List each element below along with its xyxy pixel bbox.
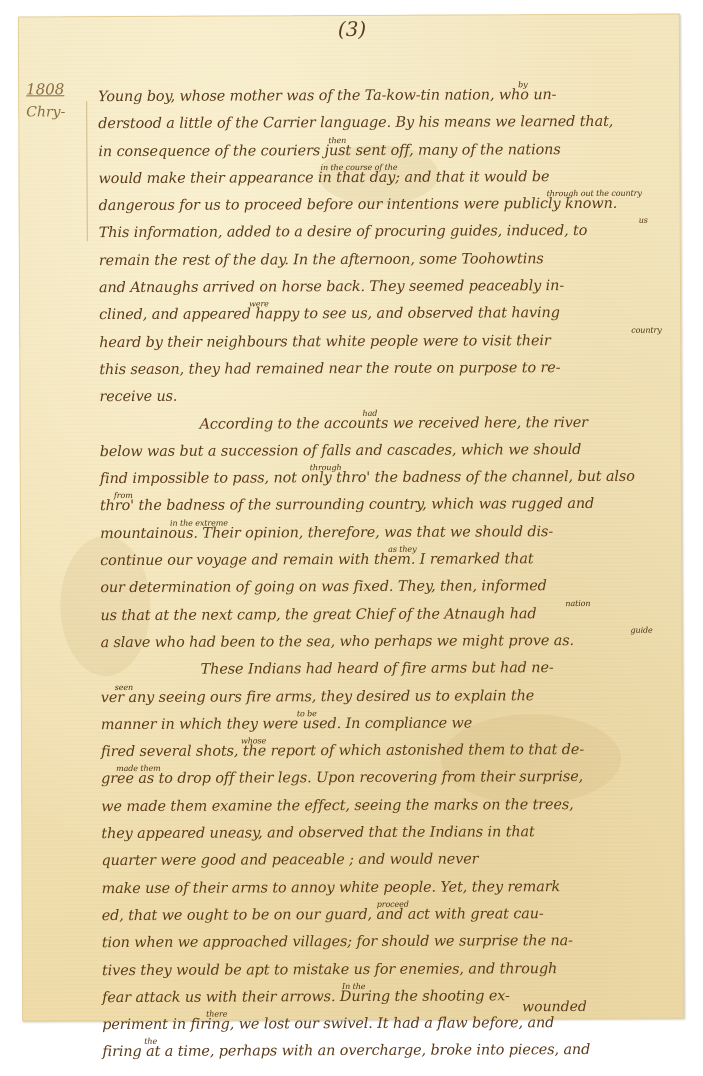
text-line: gree as to drop off their legs. Upon rec… bbox=[101, 764, 681, 794]
interlinear-insertion: had bbox=[363, 409, 378, 417]
text-line: this season, they had remained near the … bbox=[99, 355, 679, 385]
text-line: receive us. bbox=[99, 382, 679, 412]
interlinear-insertion: whose bbox=[241, 737, 266, 745]
catchword: wounded bbox=[522, 999, 587, 1015]
text-line: heard by their neighbours that white peo… bbox=[99, 327, 679, 357]
text-line: our determination of going on was fixed.… bbox=[100, 573, 680, 603]
text-line: manner in which they were used. In compl… bbox=[101, 709, 681, 739]
text-line: clined, and appeared happy to see us, an… bbox=[99, 300, 679, 330]
interlinear-insertion: through bbox=[310, 464, 342, 472]
text-line: and Atnaughs arrived on horse back. They… bbox=[99, 273, 679, 303]
interlinear-insertion: through out the country bbox=[547, 190, 642, 198]
text-line: tion when we approached villages; for sh… bbox=[102, 928, 682, 958]
interlinear-insertion: nation bbox=[565, 600, 590, 608]
paragraph-start-line: These Indians had heard of fire arms but… bbox=[101, 655, 681, 685]
text-line: they appeared uneasy, and observed that … bbox=[101, 819, 681, 849]
text-line: continue our voyage and remain with them… bbox=[100, 546, 680, 576]
text-line: firing at a time, perhaps with an overch… bbox=[102, 1037, 682, 1067]
text-line: quarter were good and peaceable ; and wo… bbox=[101, 846, 681, 876]
text-line: ver any seeing ours fire arms, they desi… bbox=[101, 682, 681, 712]
text-line: fired several shots, the report of which… bbox=[101, 737, 681, 767]
interlinear-insertion: to be bbox=[297, 710, 317, 718]
text-line: in consequence of the couriers just sent… bbox=[98, 136, 678, 166]
interlinear-insertion: the bbox=[144, 1038, 157, 1046]
text-line: remain the rest of the day. In the after… bbox=[99, 245, 679, 275]
interlinear-insertion: us bbox=[639, 217, 648, 225]
text-line: we made them examine the effect, seeing … bbox=[101, 791, 681, 821]
interlinear-insertion: made them bbox=[116, 765, 161, 773]
text-line: make use of their arms to annoy white pe… bbox=[102, 873, 682, 903]
text-line: below was but a succession of falls and … bbox=[100, 436, 680, 466]
text-line: Young boy, whose mother was of the Ta-ko… bbox=[98, 82, 678, 112]
interlinear-insertion: were bbox=[249, 301, 269, 309]
text-line: thro' the badness of the surrounding cou… bbox=[100, 491, 680, 521]
text-line: a slave who had been to the sea, who per… bbox=[100, 628, 680, 658]
text-line: us that at the next camp, the great Chie… bbox=[100, 600, 680, 630]
interlinear-insertion: guide bbox=[630, 627, 652, 635]
interlinear-insertion: country bbox=[631, 326, 662, 334]
text-line: dangerous for us to proceed before our i… bbox=[99, 191, 679, 221]
text-line: periment in firing, we lost our swivel. … bbox=[102, 1010, 682, 1040]
interlinear-insertion: In the bbox=[342, 983, 365, 991]
interlinear-insertion: as they bbox=[388, 546, 416, 554]
text-line: ed, that we ought to be on our guard, an… bbox=[102, 900, 682, 930]
interlinear-insertion: there bbox=[206, 1011, 227, 1019]
interlinear-insertion: then bbox=[328, 137, 346, 145]
interlinear-insertion: from bbox=[114, 492, 133, 500]
page-number: (3) bbox=[338, 17, 366, 41]
interlinear-insertion: seen bbox=[115, 683, 133, 691]
text-line: tives they would be apt to mistake us fo… bbox=[102, 955, 682, 985]
text-line: fear attack us with their arrows. During… bbox=[102, 982, 682, 1012]
interlinear-insertion: in the extreme bbox=[170, 519, 228, 527]
text-line: find impossible to pass, not only thro' … bbox=[100, 464, 680, 494]
paragraph-start-line: According to the accounts we received he… bbox=[100, 409, 680, 439]
margin-year: 1808 bbox=[26, 80, 64, 98]
text-line: derstood a little of the Carrier languag… bbox=[98, 109, 678, 139]
text-line: mountainous. Their opinion, therefore, w… bbox=[100, 518, 680, 548]
margin-rule bbox=[86, 101, 88, 241]
interlinear-insertion: in the course of the bbox=[320, 164, 397, 172]
manuscript-text: Young boy, whose mother was of the Ta-ko… bbox=[98, 82, 682, 1067]
manuscript-page: (3) 1808 Chry- Young boy, whose mother w… bbox=[18, 14, 684, 1022]
text-line: This information, added to a desire of p… bbox=[99, 218, 679, 248]
interlinear-insertion: proceed bbox=[377, 901, 409, 909]
interlinear-insertion: by bbox=[518, 81, 527, 89]
margin-note: Chry- bbox=[26, 104, 65, 120]
